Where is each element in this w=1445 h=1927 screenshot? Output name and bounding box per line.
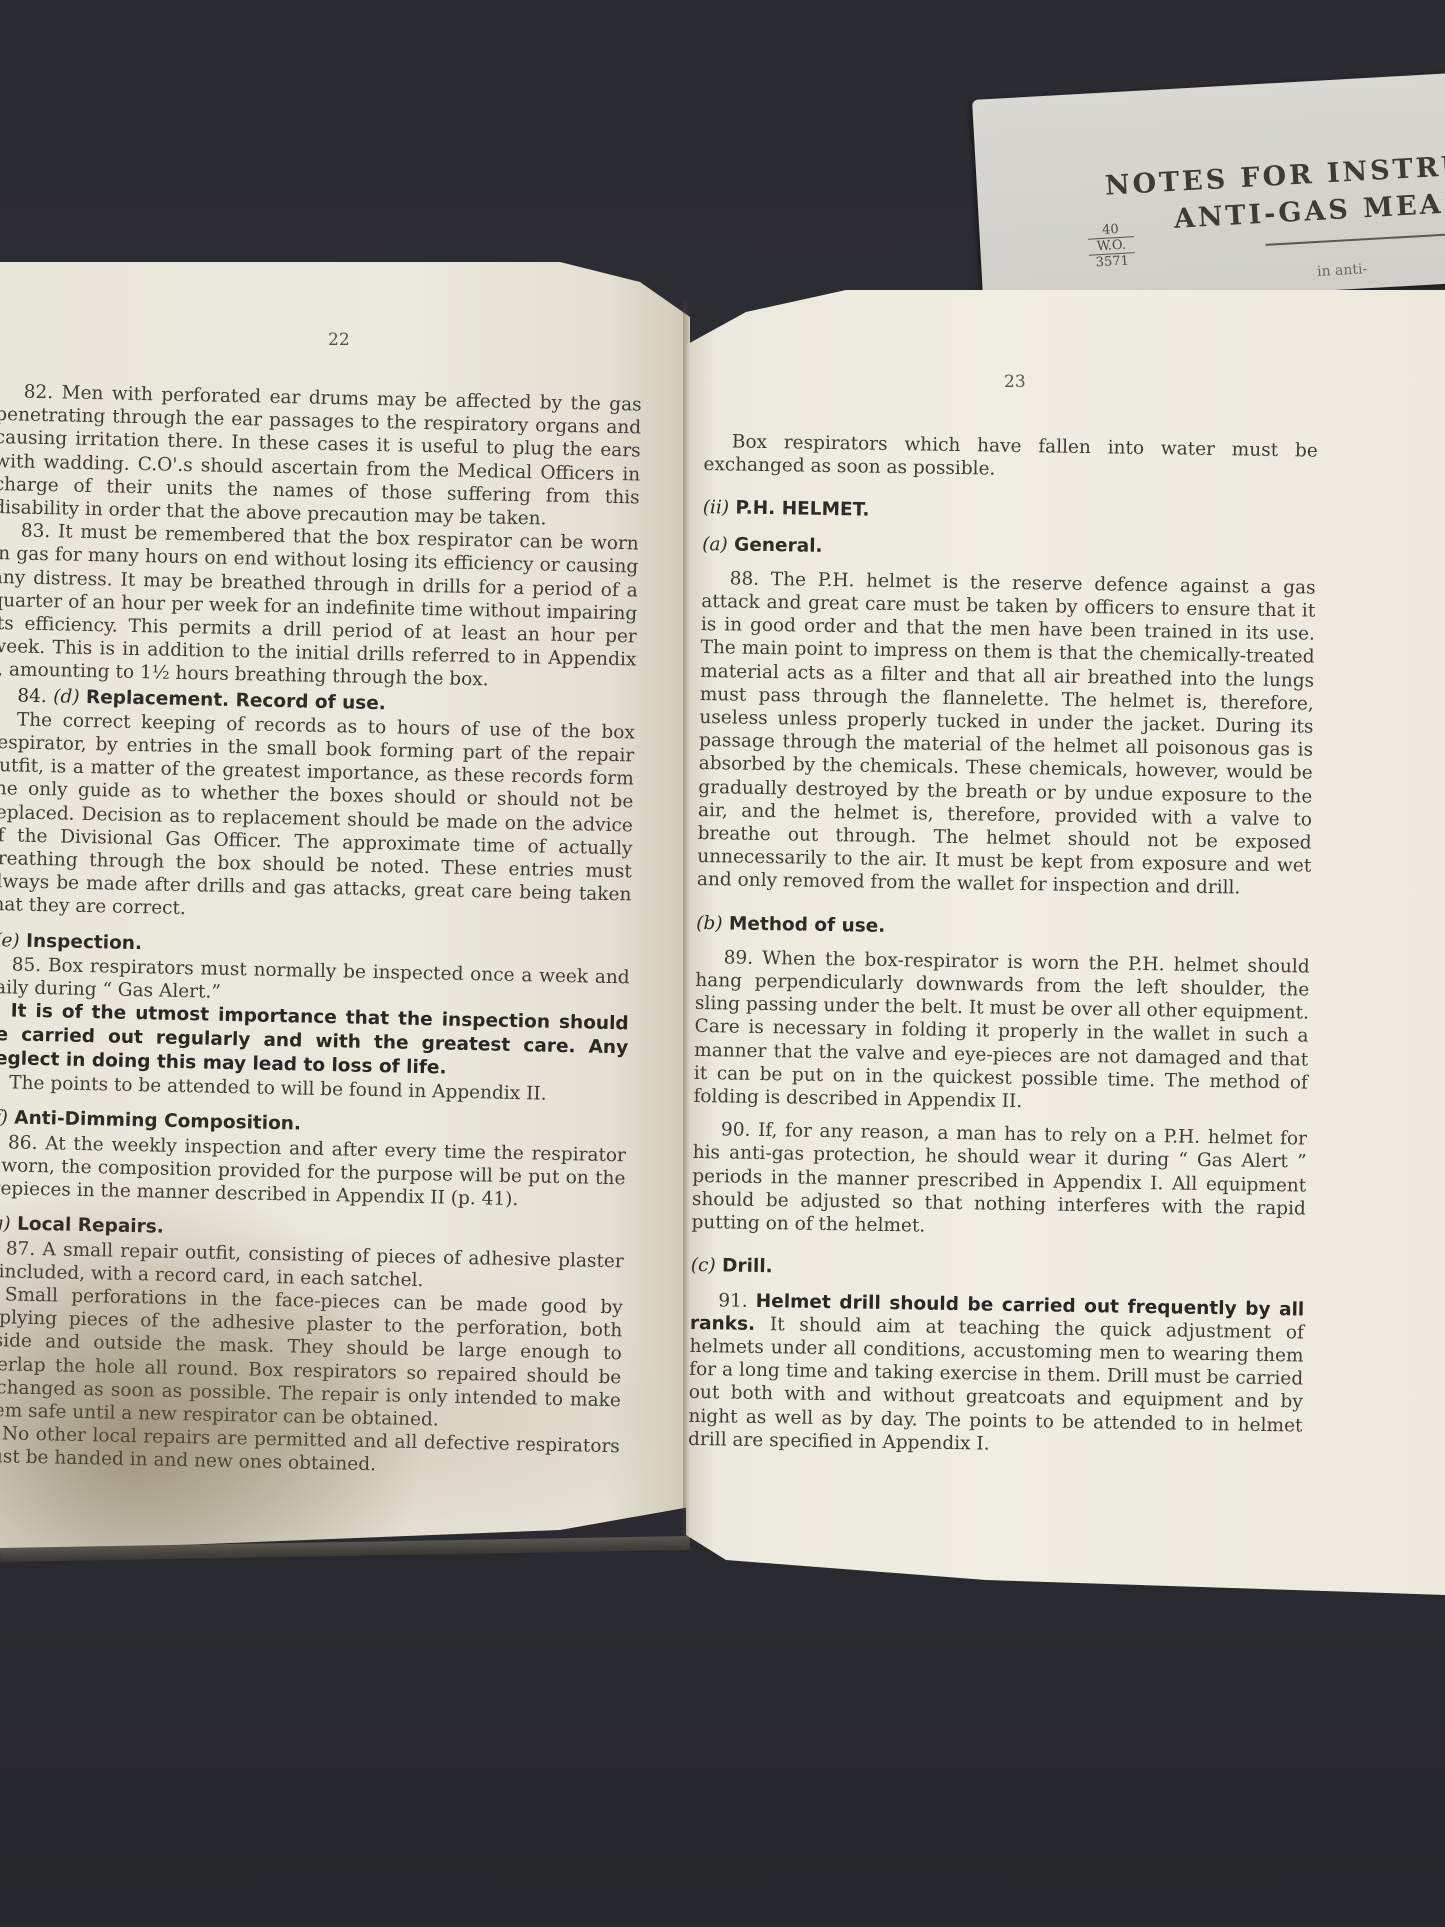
- section-ii-title: P.H. HELMET.: [735, 498, 869, 521]
- paragraph-88: 88. The P.H. helmet is the reserve defen…: [697, 567, 1316, 901]
- paragraph-87-perforations: Small perforations in the face-pieces ca…: [0, 1283, 623, 1436]
- left-page-body: 82. Men with perforated ear drums may be…: [0, 380, 642, 1482]
- section-a-letter: (a): [702, 534, 728, 555]
- section-g-title: Local Repairs.: [17, 1214, 164, 1238]
- paragraph-84: The correct keeping of records as to hou…: [0, 708, 635, 930]
- paragraph-91: 91. Helmet drill should be carried out f…: [688, 1288, 1304, 1460]
- background-pamphlet-cover: NOTES FOR INSTRU ANTI-GAS MEAS 40 W.O. 3…: [972, 71, 1445, 310]
- paragraph-90: 90. If, for any reason, a man has to rel…: [691, 1118, 1307, 1244]
- section-f-letter: (f): [0, 1107, 8, 1128]
- right-page: 23 Box respirators which have fallen int…: [686, 290, 1445, 1595]
- paragraph-water-exchange: Box respirators which have fallen into w…: [703, 430, 1318, 486]
- section-e-letter: (e): [0, 930, 20, 952]
- pamphlet-ref-bottom: 3571: [1089, 253, 1136, 271]
- section-c-letter: (c): [691, 1255, 716, 1276]
- left-page: 22 82. Men with perforated ear drums may…: [0, 262, 690, 1552]
- paragraph-91-text: It should aim at teaching the quick adju…: [688, 1314, 1304, 1454]
- pamphlet-reference-number: 40 W.O. 3571: [1087, 221, 1136, 270]
- paragraph-82: 82. Men with perforated ear drums may be…: [0, 380, 642, 533]
- section-g-letter: (g): [0, 1213, 11, 1235]
- section-d-number: 84.: [17, 685, 47, 707]
- section-e-title: Inspection.: [26, 930, 142, 953]
- right-page-body: Box respirators which have fallen into w…: [688, 430, 1318, 1460]
- paragraph-85-warning: It is of the utmost importance that the …: [0, 999, 629, 1085]
- book-spine-gutter: [683, 300, 689, 1550]
- page-number-right: 23: [1004, 372, 1026, 392]
- section-c-title: Drill.: [722, 1256, 773, 1278]
- page-number-left: 22: [328, 330, 350, 350]
- paragraph-91-number: 91.: [718, 1290, 748, 1311]
- pamphlet-divider: [1265, 230, 1445, 245]
- pamphlet-partial-text: in anti-: [1317, 261, 1368, 280]
- section-b-letter: (b): [696, 913, 723, 934]
- section-ii-numeral: (ii): [703, 497, 730, 518]
- paragraph-86: 86. At the weekly inspection and after e…: [0, 1131, 626, 1214]
- paragraph-83: 83. It must be remembered that the box r…: [0, 519, 639, 695]
- section-f-title: Anti-Dimming Composition.: [14, 1108, 301, 1135]
- section-b-title: Method of use.: [729, 913, 886, 936]
- paragraph-89: 89. When the box-respirator is worn the …: [693, 946, 1309, 1118]
- section-a-title: General.: [734, 534, 823, 556]
- section-d-letter: (d): [53, 686, 80, 708]
